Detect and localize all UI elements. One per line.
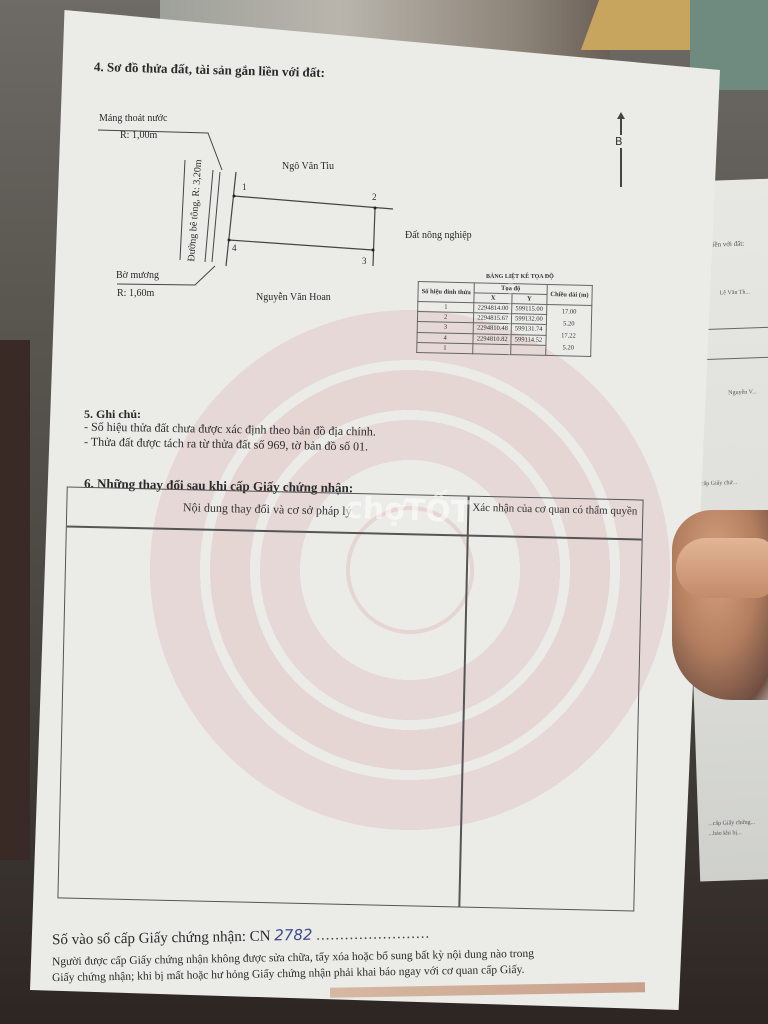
south-neighbor-label: Nguyễn Văn Hoan xyxy=(256,292,331,303)
east-neighbor-label: Đất nông nghiệp xyxy=(405,230,472,241)
drain-label: Máng thoát nước xyxy=(99,113,167,124)
registry-number: 2782 xyxy=(274,926,312,945)
registry-label: Số vào sổ cấp Giấy chứng nhận: xyxy=(52,929,246,948)
column-header: Xác nhận của cơ quan có thẩm quyền xyxy=(467,502,642,518)
background-text: ...cấp Giấy chứ... xyxy=(696,480,737,487)
point-label: 3 xyxy=(362,256,367,266)
point-label: 4 xyxy=(232,243,237,253)
length-cell: 17.00 5.20 17.22 5.20 xyxy=(545,304,591,356)
point-label: 1 xyxy=(242,182,247,192)
point-label: 2 xyxy=(372,192,377,202)
north-arrow-label: B xyxy=(615,135,623,148)
header-length: Chiều dài (m) xyxy=(547,284,593,305)
registry-prefix: CN xyxy=(250,928,271,944)
coordinate-table-title: BẢNG LIỆT KÊ TỌA ĐỘ xyxy=(486,274,554,280)
background-object xyxy=(0,340,30,860)
coordinate-table: Số hiệu đỉnh thửa Tọa độ Chiều dài (m) X… xyxy=(416,281,593,357)
chotot-watermark: chợTỐT xyxy=(344,491,471,530)
background-text: ...cấp Giấy chứng... xyxy=(708,820,755,828)
drain-width-label: R: 1,00m xyxy=(120,130,157,141)
north-neighbor-label: Ngô Văn Tiu xyxy=(282,161,334,172)
ditch-width-label: R: 1,60m xyxy=(117,288,154,299)
background-text: Lê Văn Th... xyxy=(720,289,750,296)
north-arrow-icon xyxy=(620,117,622,187)
background-text: Nguyễn V... xyxy=(728,389,757,396)
background-text: ...báo khi bị... xyxy=(708,830,741,837)
changes-table: Nội dung thay đổi và cơ sở pháp lý Xác n… xyxy=(57,487,643,912)
ditch-label: Bờ mương xyxy=(116,270,159,281)
thumb xyxy=(676,538,768,598)
header-point: Số hiệu đỉnh thửa xyxy=(418,282,475,303)
